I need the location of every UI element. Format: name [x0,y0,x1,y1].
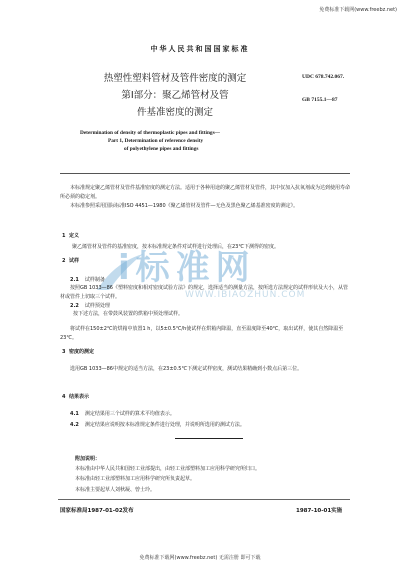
section-3-heading: 3 密度的测定 [62,348,94,355]
english-title-line-2: Part 1, Determination of reference densi… [108,137,280,145]
section-2-1-heading: 2.1试样制备 [70,276,105,283]
section-1-heading: 1 定义 [62,232,79,239]
section-4-2: 4.2测定结果应说明按本标准规定条件进行处理，并说明所选用的测试方法。 [70,421,245,428]
site-footer-text: 免费标准下载网(www.freebz.net) 无需注册 即可下载 [0,554,400,561]
title-line-2: 第Ⅰ部分：聚乙烯管材及管 [80,87,270,104]
title-line-3: 件基准密度的测定 [80,104,270,121]
national-standard-label: 中华人民共和国国家标准 [0,44,400,54]
section-2-2-text-1: 按下述方法，在带鼓风装置的烘箱中预处理试样。 [73,310,353,319]
header-divider [60,173,350,174]
section-3-text: 选用GB 1033—86中规定的适当方法，在23±0.5℃下测定试样密度，测试结… [60,365,350,374]
gb-number: GB 7155.1—87 [302,97,337,103]
document-title: 热塑性塑料管材及管件密度的测定 第Ⅰ部分：聚乙烯管材及管 件基准密度的测定 [80,70,270,121]
section-1-text: 聚乙烯管材及管件的基准密度，按本标准规定条件对试样进行处理后，在23℃下测得的密… [72,243,352,252]
end-of-text-rule [175,438,243,439]
effective-date: 1987-10-01实施 [296,506,342,514]
notes-line-2: 本标准由轻工业部塑料加工应用科学研究所负责起草。 [75,475,195,484]
section-2-2-heading: 2.2试样预处理 [70,302,110,309]
intro-paragraph-1: 本标准规定聚乙烯管材及管件基准密度的测定方法。适用于各种用途的聚乙烯管材及管件，… [60,184,350,201]
site-header-text: 免费标准下载网(www.freebz.net) [319,6,397,13]
english-title: Determination of density of thermoplasti… [80,129,280,153]
english-title-line-3: of polyethylene pipes and fittings [124,145,280,153]
section-4-heading: 4 结果表示 [62,393,89,400]
title-line-1: 热塑性塑料管材及管件密度的测定 [80,70,270,87]
notes-line-1: 本标准由中华人民共和国轻工业部提出，由轻工业部塑料加工应用科学研究所归口。 [75,465,260,474]
section-2-2-text-2: 将试样在150±2℃的烘箱中放置1 h，以5±0.5℃/h使试样在烘箱内降温，直… [60,325,350,342]
udc-code: UDC 678.742.067. [302,74,344,80]
english-title-line-1: Determination of density of thermoplasti… [80,129,280,137]
footer-divider [58,499,350,500]
section-2-1-text: 按照GB 1033—86《塑料密度和相对密度试验方法》的规定，选择适当的测量方法… [60,284,350,301]
issue-date: 国家标准局1987-01-02发布 [60,506,134,514]
section-2-heading: 2 试样 [62,257,79,264]
section-4-1: 4.1测定结果用三个试样的算术平均值表示。 [70,410,175,417]
intro-paragraph-2: 本标准参照采用国际标准ISO 4451—1980《聚乙烯管材及管件—无色及黑色聚… [60,202,350,211]
notes-heading: 附加说明： [75,455,100,464]
notes-line-3: 本标准主要起草人刘秋凝、曾士玲。 [75,486,155,495]
